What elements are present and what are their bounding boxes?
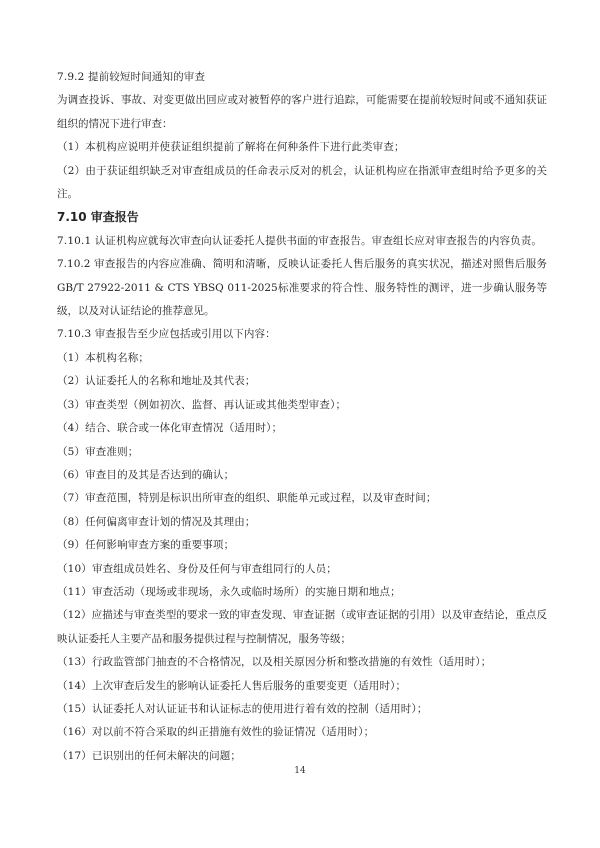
list-item: （10）审查组成员姓名、身份及任何与审查组同行的人员； [57,558,547,581]
list-item: （7）审查范围，特别是标识出所审查的组织、职能单元或过程，以及审查时间； [57,487,547,510]
list-item: （5）审查准则； [57,441,547,464]
paragraph-7-10-1: 7.10.1 认证机构应就每次审查向认证委托人提供书面的审查报告。审查组长应对审… [57,230,547,253]
section-heading-7-9-2: 7.9.2 提前较短时间通知的审查 [57,66,547,89]
list-item: （1）本机构应说明并使获证组织提前了解将在何种条件下进行此类审查； [57,136,547,159]
list-item: （15）认证委托人对认证证书和认证标志的使用进行着有效的控制（适用时）； [57,698,547,721]
document-page: 7.9.2 提前较短时间通知的审查 为调查投诉、事故、对变更做出回应或对被暂停的… [0,0,600,848]
list-item: （1）本机构名称； [57,347,547,370]
list-item: （16）对以前不符合采取的纠正措施有效性的验证情况（适用时）； [57,721,547,744]
list-item: （14）上次审查后发生的影响认证委托人售后服务的重要变更（适用时）； [57,675,547,698]
page-content: 7.9.2 提前较短时间通知的审查 为调查投诉、事故、对变更做出回应或对被暂停的… [57,66,547,768]
list-item: （11）审查活动（现场或非现场，永久或临时场所）的实施日期和地点； [57,581,547,604]
list-item: （2）由于获证组织缺乏对审查组成员的任命表示反对的机会，认证机构应在指派审查组时… [57,160,547,207]
paragraph-7-10-3: 7.10.3 审查报告至少应包括或引用以下内容： [57,323,547,346]
list-item: （9）任何影响审查方案的重要事项； [57,534,547,557]
list-item: （12）应描述与审查类型的要求一致的审查发现、审查证据（或审查证据的引用）以及审… [57,604,547,651]
list-item: （2）认证委托人的名称和地址及其代表； [57,370,547,393]
list-item: （8）任何偏离审查计划的情况及其理由； [57,511,547,534]
paragraph-7-10-2: 7.10.2 审查报告的内容应准确、简明和清晰，反映认证委托人售后服务的真实状况… [57,253,547,323]
list-item: （4）结合、联合或一体化审查情况（适用时）； [57,417,547,440]
list-item: （17）已识别出的任何未解决的问题； [57,745,547,768]
list-item: （6）审查目的及其是否达到的确认； [57,464,547,487]
section-heading-7-10: 7.10 审查报告 [57,206,547,229]
list-item: （3）审查类型（例如初次、监督、再认证或其他类型审查）； [57,394,547,417]
list-item: （13）行政监管部门抽查的不合格情况，以及相关原因分析和整改措施的有效性（适用时… [57,651,547,674]
paragraph-7-9-2-intro: 为调查投诉、事故、对变更做出回应或对被暂停的客户进行追踪，可能需要在提前较短时间… [57,89,547,136]
page-number: 14 [0,766,600,776]
